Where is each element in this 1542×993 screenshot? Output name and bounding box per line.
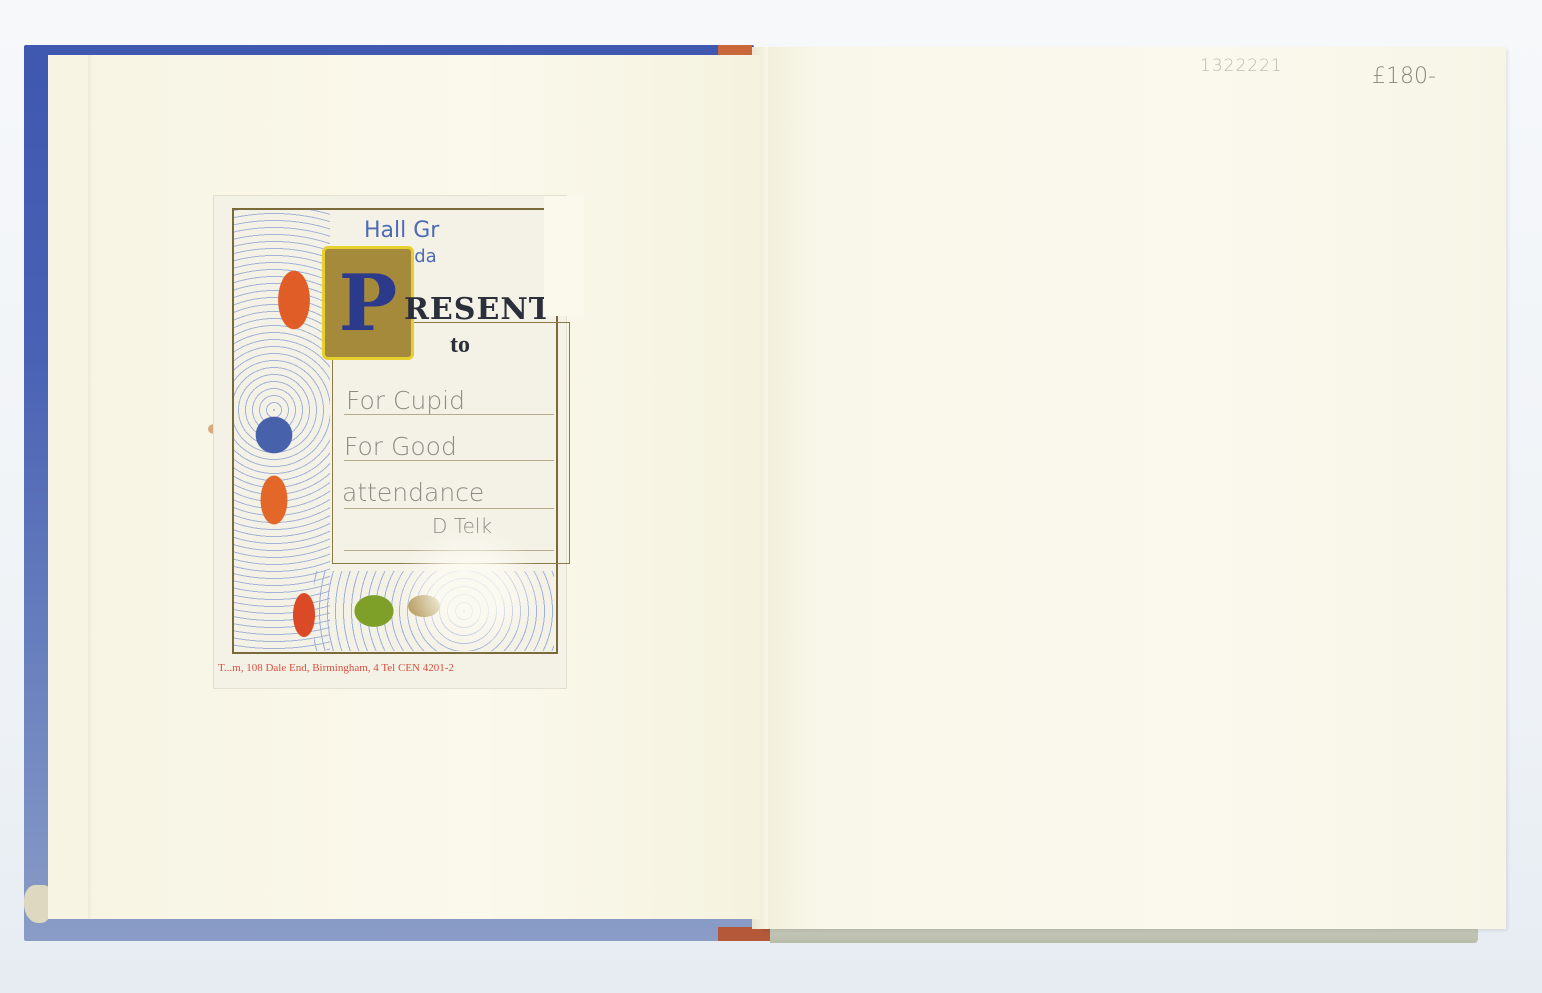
- pastedown-fold: [88, 55, 94, 919]
- handwritten-reason-line3: attendance: [342, 478, 484, 507]
- to-label: to: [450, 332, 470, 359]
- price-mark: £180-: [1372, 64, 1436, 89]
- printer-imprint: T...m, 108 Dale End, Birmingham, 4 Tel C…: [218, 662, 454, 674]
- bookplate: Hall Gr Sunda P RESENT to For Cupid For …: [214, 196, 566, 688]
- spine-cloth-top: [718, 45, 752, 55]
- handwritten-reason-line2: For Good: [344, 432, 457, 461]
- water-stain: [394, 526, 544, 656]
- torn-corner: [544, 196, 584, 316]
- right-endpaper: [760, 47, 1506, 929]
- initial-letter: P: [339, 258, 398, 349]
- handwritten-school-line1: Hall Gr: [364, 218, 439, 243]
- ruled-line: [344, 508, 554, 509]
- present-heading: RESENT: [404, 292, 552, 327]
- illuminated-initial: P: [322, 246, 414, 360]
- handwritten-reason-line1: For Cupid: [346, 386, 465, 415]
- reference-number: 1322221: [1200, 56, 1283, 76]
- spine-cloth-bottom: [718, 927, 776, 941]
